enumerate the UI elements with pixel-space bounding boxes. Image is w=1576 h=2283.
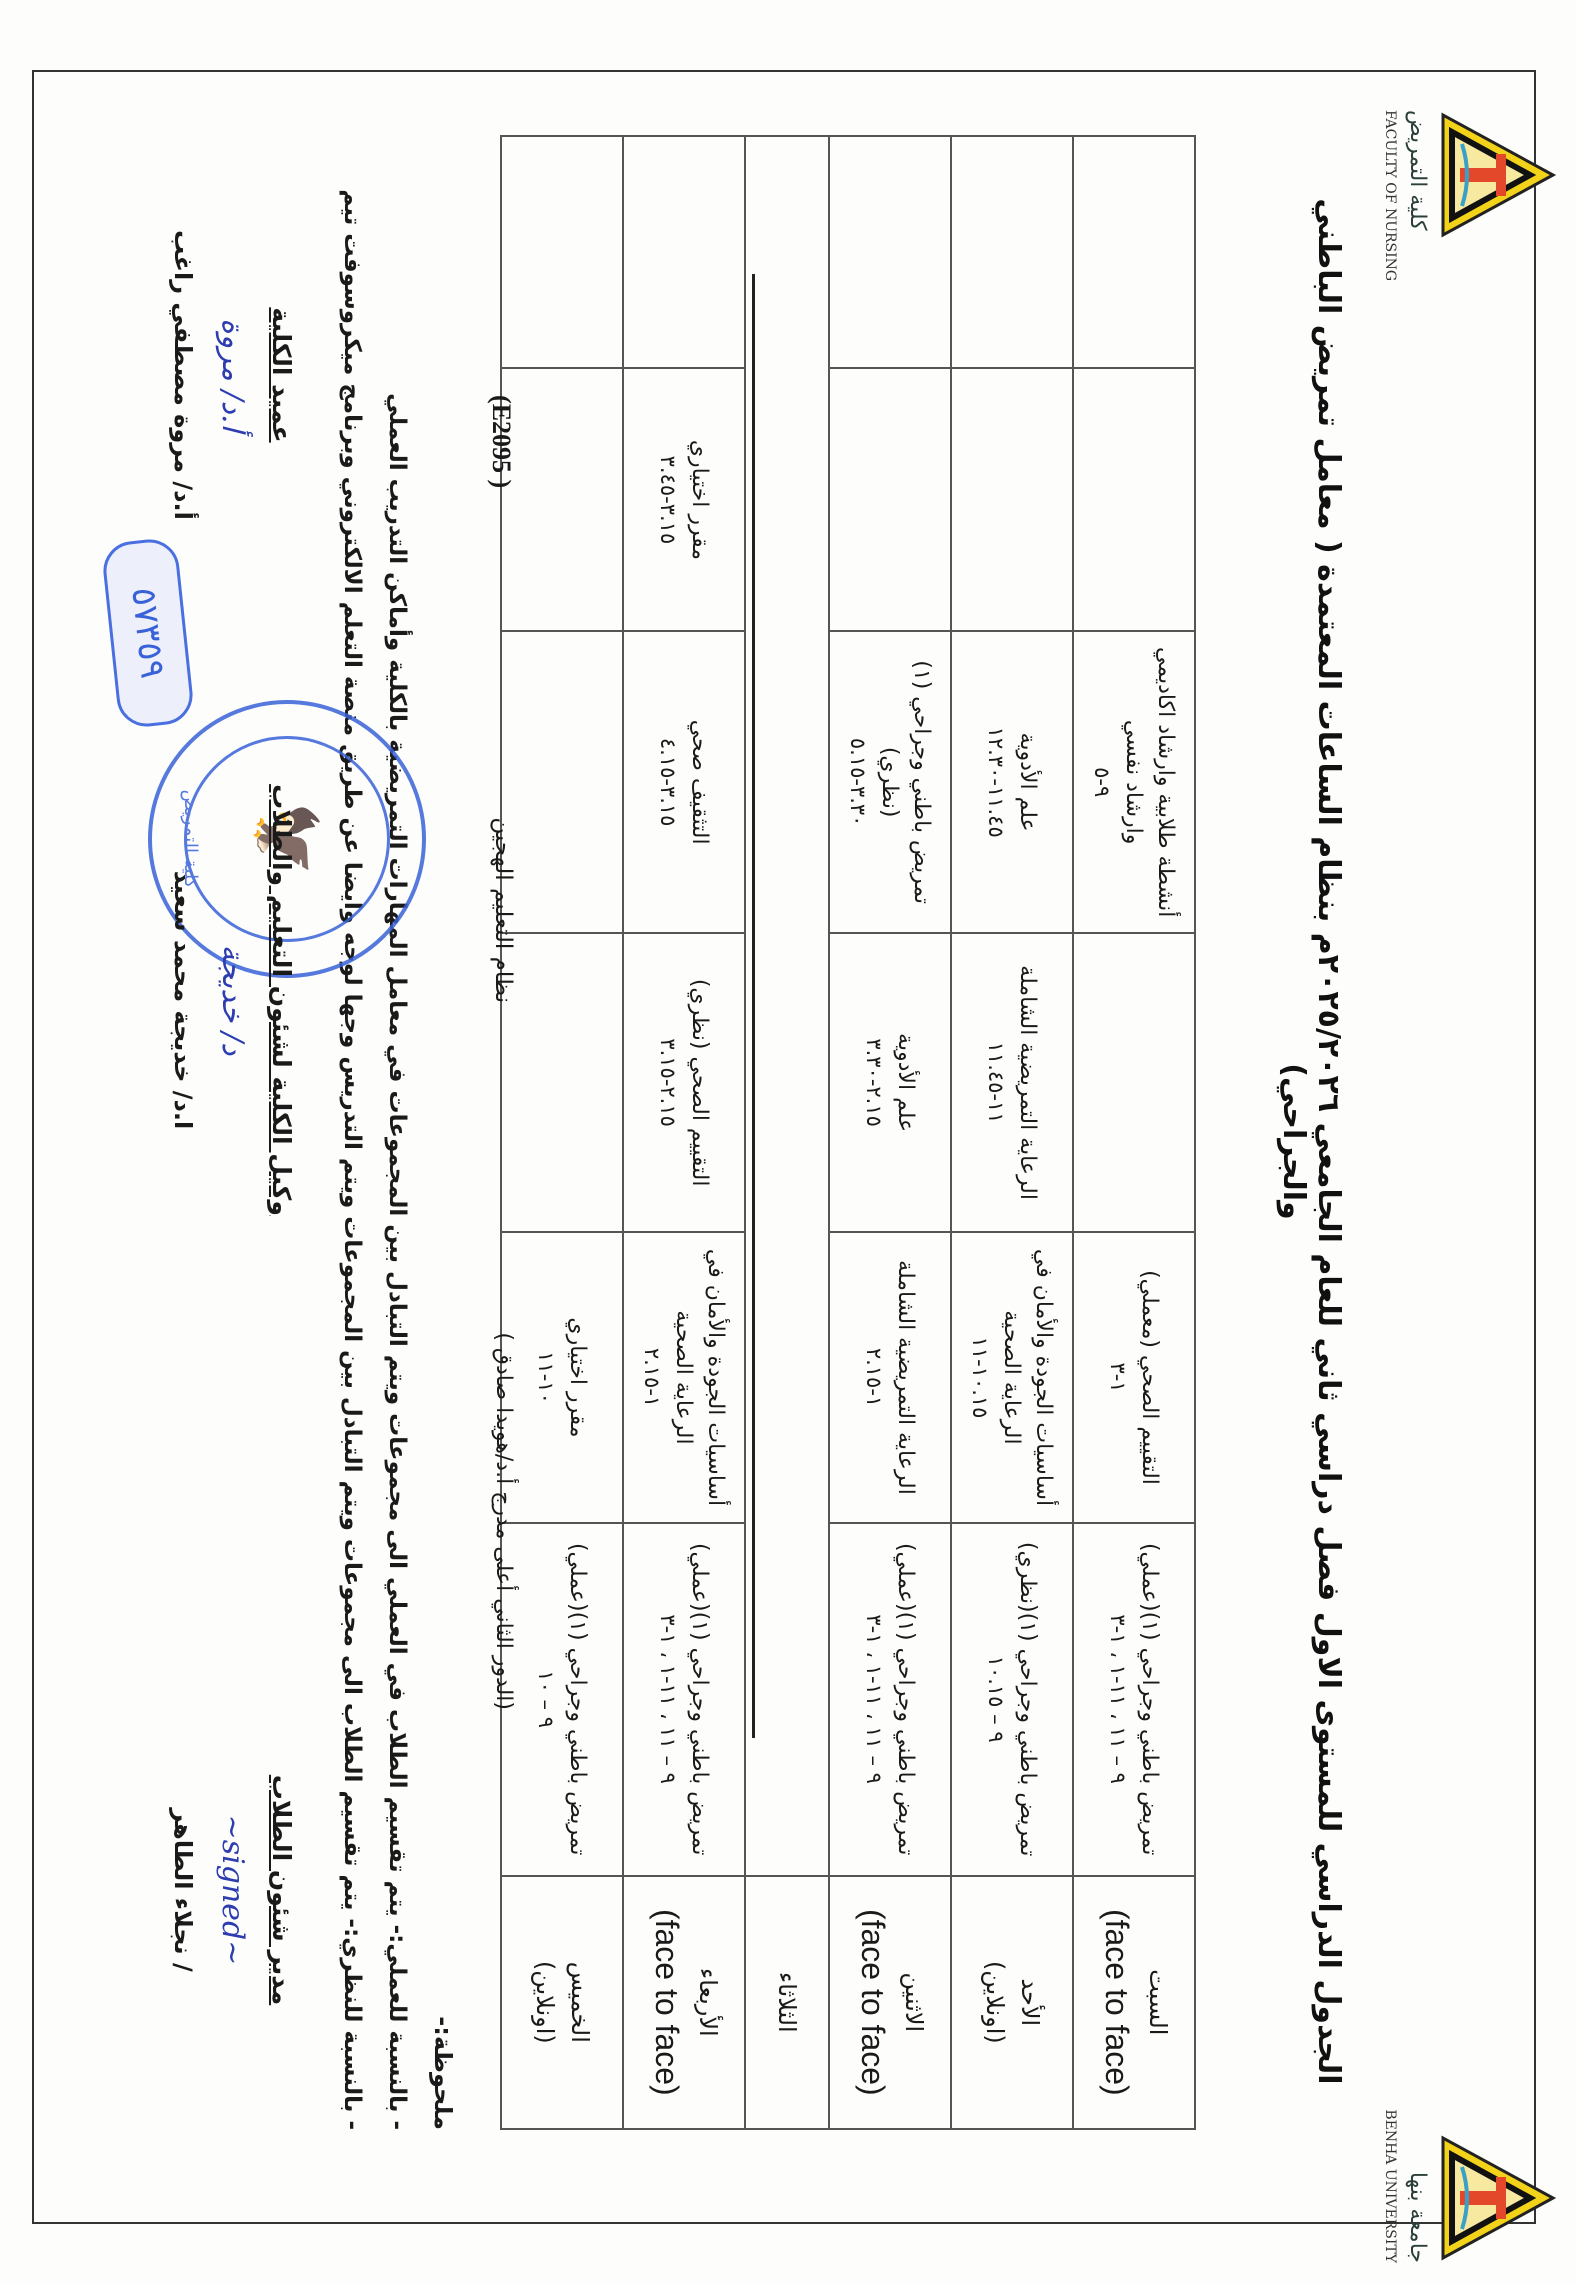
course-cell: تمريض باطني وجراحي (١)(عملي)٩ – ١٠ xyxy=(501,1523,623,1876)
course-cell: أساسيات الجودة والأمان في الرعاية الصحية… xyxy=(623,1232,745,1522)
day-name: الخميس xyxy=(562,1885,597,2120)
signature-name: / نجلاء الطاهر xyxy=(169,1710,197,2070)
day-cell: الخميس(اونلاين) xyxy=(501,1876,623,2129)
course-name: التقييم الصحي (نظري) xyxy=(683,942,715,1223)
table-row: الأحد(اونلاين)تمريض باطني وجراحي (١)(نظر… xyxy=(951,136,1073,2129)
course-time: ١-٢.١٥ xyxy=(637,1241,667,1513)
signatures: مدير شئون الطلاب ~signed~ / نجلاء الطاهر… xyxy=(36,135,296,2130)
divider-line xyxy=(752,274,755,1737)
course-cell xyxy=(501,933,623,1232)
attendance-mode: (اونلاين) xyxy=(977,1885,1012,2120)
course-time: ١٠-١١ xyxy=(531,1241,561,1513)
course-cell xyxy=(1073,136,1195,368)
university-name-arabic: جامعة بنها xyxy=(1405,2172,1430,2263)
signature-student-affairs-director: مدير شئون الطلاب ~signed~ / نجلاء الطاهر xyxy=(169,1710,296,2070)
course-time: ٩-٥ xyxy=(1087,640,1117,923)
course-time: ٩ – ١١ ، ١١-١ ، ١-٣ xyxy=(1103,1532,1133,1867)
handwritten-signature: د/ خديجة xyxy=(197,750,267,1250)
note-practical: - بالنسبة للعملي:- يتم تقسيم الطلاب في ا… xyxy=(374,135,419,2130)
attendance-mode: (face to face) xyxy=(643,1885,689,2120)
course-cell: تمريض باطني وجراحي (١)(نظري)٩ – ١٠.١٥ xyxy=(951,1523,1073,1876)
course-time: ١-٣ xyxy=(1103,1241,1133,1513)
course-name: التقييم الصحي (معملي) xyxy=(1133,1241,1165,1513)
course-name: أساسيات الجودة والأمان في الرعاية الصحية xyxy=(995,1241,1059,1513)
course-time: ٩ – ١١ ، ١١-١ ، ١-٣ xyxy=(653,1532,683,1867)
table-row: الاثنين(face to face)تمريض باطني وجراحي … xyxy=(829,136,951,2129)
course-time: ٢.١٥-٣.٣٠ xyxy=(859,942,889,1223)
benha-university-emblem-icon xyxy=(1438,2133,1558,2263)
course-cell: أساسيات الجودة والأمان في الرعاية الصحية… xyxy=(951,1232,1073,1522)
course-cell xyxy=(501,631,623,932)
document-title: الجدول الدراسي للمستوى الاول فصل دراسي ث… xyxy=(1276,160,1346,2123)
signature-vice-dean: وكيل الكلية لشئون التعليم والطلاب د/ خدي… xyxy=(169,750,296,1250)
course-name: تمريض باطني وجراحي (١)(عملي) xyxy=(1133,1532,1165,1867)
course-cell xyxy=(501,136,623,368)
course-time: ٣.٣٠-٥.١٥ xyxy=(843,640,873,923)
course-cell: علم الأدوية٢.١٥-٣.٣٠ xyxy=(829,933,951,1232)
table-row: السبت(face to face)تمريض باطني وجراحي (١… xyxy=(1073,136,1195,2129)
course-name: تمريض باطني وجراحي (١)(نظري) xyxy=(873,640,937,923)
course-time: ٣.١٥-٤.١٥ xyxy=(653,640,683,923)
course-time: ٩ – ١٠ xyxy=(531,1532,561,1867)
course-name: تمريض باطني وجراحي (١)(عملي) xyxy=(683,1532,715,1867)
table-row: الأربعاء(face to face)تمريض باطني وجراحي… xyxy=(623,136,745,2129)
course-time: ٢.١٥-٣.١٥ xyxy=(653,942,683,1223)
course-cell: الرعاية التمريضية الشاملة١-٢.١٥ xyxy=(829,1232,951,1522)
benha-university-emblem-icon xyxy=(1438,110,1558,240)
course-cell: تمريض باطني وجراحي (١)(عملي)٩ – ١١ ، ١١-… xyxy=(829,1523,951,1876)
notes-heading: ملحوظة:- xyxy=(419,135,466,2130)
day-cell: السبت(face to face) xyxy=(1073,1876,1195,2129)
handwritten-signature: أ.د/ مروة xyxy=(197,175,267,575)
course-cell xyxy=(951,368,1073,631)
attendance-mode: (face to face) xyxy=(1093,1885,1139,2120)
course-cell xyxy=(1073,933,1195,1232)
notes-section: ملحوظة:- - بالنسبة للعملي:- يتم تقسيم ال… xyxy=(330,135,466,2130)
signature-role: عميد الكلية xyxy=(267,175,296,575)
course-time: ١٠.١٥-١١ xyxy=(965,1241,995,1513)
course-cell: علم الأدوية١١.٤٥-١٢.٣٠ xyxy=(951,631,1073,932)
attendance-mode: (اونلاين) xyxy=(527,1885,562,2120)
course-cell: تمريض باطني وجراحي (١)(نظري)٣.٣٠-٥.١٥ xyxy=(829,631,951,932)
course-name: تمريض باطني وجراحي (١)(عملي) xyxy=(561,1532,593,1867)
empty-day-cell xyxy=(745,136,829,1876)
handwritten-signature: ~signed~ xyxy=(197,1710,267,2070)
course-time: ١١-١١.٤٥ xyxy=(981,942,1011,1223)
day-name: الأربعاء xyxy=(690,1885,725,2120)
signature-name: ا.د/ خديجة محمد سعيد xyxy=(169,750,197,1250)
course-cell: التقييم الصحي (نظري)٢.١٥-٣.١٥ xyxy=(623,933,745,1232)
course-cell: مقرر اختياري٣.١٥-٣.٤٥ xyxy=(623,368,745,631)
day-name: الأحد xyxy=(1012,1885,1047,2120)
learning-system: نظام التعليم الهجين xyxy=(486,817,516,1003)
day-cell: الثلاثاء xyxy=(745,1876,829,2129)
day-name: الاثنين xyxy=(896,1885,931,2120)
university-name-english: BENHA UNIVERSITY xyxy=(1382,2109,1398,2263)
course-name: الرعاية التمريضية الشاملة xyxy=(889,1241,921,1513)
location-note: (الدور الثاني أعلى مدرج أ.د/هويدا صادق ) xyxy=(486,1332,516,1710)
table-row: الخميس(اونلاين)تمريض باطني وجراحي (١)(عم… xyxy=(501,136,623,2129)
course-time: ٩ – ١٠.١٥ xyxy=(981,1532,1011,1867)
course-cell xyxy=(829,136,951,368)
course-cell: الرعاية التمريضية الشاملة١١-١١.٤٥ xyxy=(951,933,1073,1232)
course-name: تمريض باطني وجراحي (١)(عملي) xyxy=(889,1532,921,1867)
course-cell xyxy=(951,136,1073,368)
attendance-mode: (face to face) xyxy=(849,1885,895,2120)
signature-dean: عميد الكلية أ.د/ مروة أ.د/ مروة مصطفي را… xyxy=(169,175,296,575)
table-footer: (الدور الثاني أعلى مدرج أ.د/هويدا صادق )… xyxy=(486,135,516,2130)
course-cell: تمريض باطني وجراحي (١)(عملي)٩ – ١١ ، ١١-… xyxy=(1073,1523,1195,1876)
course-name: مقرر اختياري xyxy=(683,377,715,622)
day-cell: الاثنين(face to face) xyxy=(829,1876,951,2129)
course-cell: أنشطة طلابية وارشاد اكاديمي وارشاد نفسي٩… xyxy=(1073,631,1195,932)
course-name: علم الأدوية xyxy=(889,942,921,1223)
course-name: أساسيات الجودة والأمان في الرعاية الصحية xyxy=(667,1241,731,1513)
signature-role: مدير شئون الطلاب xyxy=(267,1710,296,2070)
course-name: التثقيف صحي xyxy=(683,640,715,923)
course-name: أنشطة طلابية وارشاد اكاديمي وارشاد نفسي xyxy=(1117,640,1181,923)
course-time: ١-٢.١٥ xyxy=(859,1241,889,1513)
schedule-table: السبت(face to face)تمريض باطني وجراحي (١… xyxy=(500,135,1196,2130)
course-cell: مقرر اختياري١٠-١١ xyxy=(501,1232,623,1522)
schedule-document: جامعة بنها BENHA UNIVERSITY كلية التمريض… xyxy=(0,0,1576,2283)
course-name: مقرر اختياري xyxy=(561,1241,593,1513)
course-cell xyxy=(829,368,951,631)
course-cell xyxy=(623,136,745,368)
course-cell: التقييم الصحي (معملي)١-٣ xyxy=(1073,1232,1195,1522)
day-name: الثلاثاء xyxy=(770,1885,805,2120)
day-cell: الأحد(اونلاين) xyxy=(951,1876,1073,2129)
course-name: علم الأدوية xyxy=(1011,640,1043,923)
note-theoretical: - بالنسبة للنظري:- يتم تقسيم الطلاب الى … xyxy=(330,135,375,2130)
course-name: الرعاية التمريضية الشاملة xyxy=(1011,942,1043,1223)
faculty-logo: كلية التمريض FACULTY OF NURSING xyxy=(1358,20,1558,250)
signature-name: أ.د/ مروة مصطفي راغب xyxy=(169,175,197,575)
day-name: السبت xyxy=(1140,1885,1175,2120)
day-cell: الأربعاء(face to face) xyxy=(623,1876,745,2129)
faculty-name-english: FACULTY OF NURSING xyxy=(1382,110,1398,281)
course-cell xyxy=(1073,368,1195,631)
course-cell xyxy=(501,368,623,631)
university-logo: جامعة بنها BENHA UNIVERSITY xyxy=(1358,2033,1558,2263)
signature-role: وكيل الكلية لشئون التعليم والطلاب xyxy=(267,750,296,1250)
course-name: تمريض باطني وجراحي (١)(نظري) xyxy=(1011,1532,1043,1867)
course-cell: تمريض باطني وجراحي (١)(عملي)٩ – ١١ ، ١١-… xyxy=(623,1523,745,1876)
course-cell: التثقيف صحي٣.١٥-٤.١٥ xyxy=(623,631,745,932)
faculty-name-arabic: كلية التمريض xyxy=(1405,110,1430,231)
course-time: ٩ – ١١ ، ١١-١ ، ١-٣ xyxy=(859,1532,889,1867)
course-time: ٣.١٥-٣.٤٥ xyxy=(653,377,683,622)
course-time: ١١.٤٥-١٢.٣٠ xyxy=(981,640,1011,923)
table-row: الثلاثاء xyxy=(745,136,829,2129)
room-code: ( E2095) xyxy=(486,395,516,488)
